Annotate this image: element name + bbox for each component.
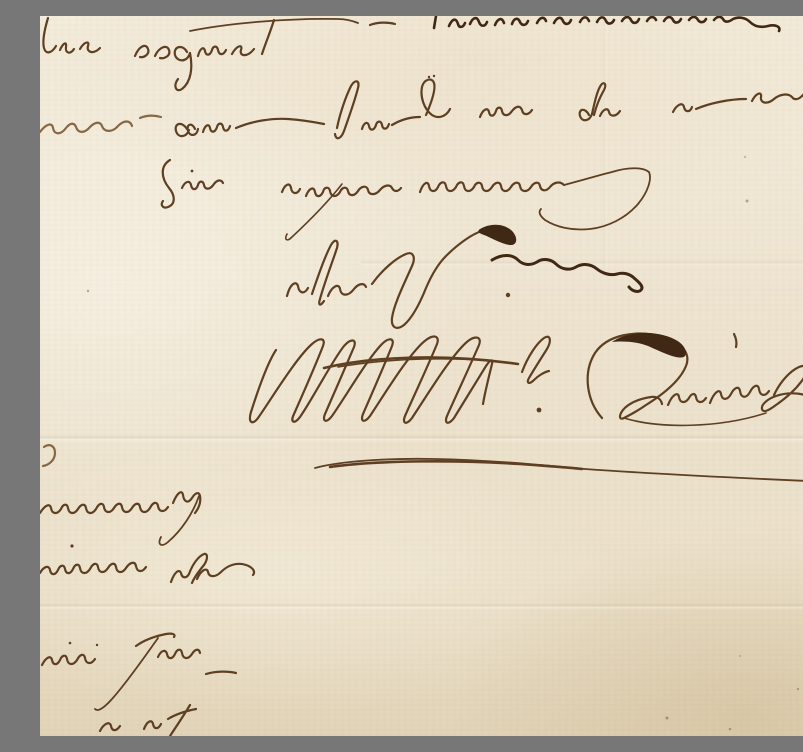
address-line-1: …auncey	[40, 445, 200, 547]
address-line-4: …it	[100, 705, 196, 736]
handwriting-layer: his request — … to be remem… his request…	[40, 16, 803, 736]
handwriting-line-4: obedt. —	[287, 225, 642, 328]
address-line-3: …ington —	[42, 634, 236, 710]
letter-scan: his request — … to be remem… his request…	[40, 16, 803, 736]
ink-speckles	[87, 105, 803, 730]
address-line-2: …ine de	[40, 554, 254, 583]
signature-underline-flourish: (flourished underline beneath signature)	[315, 459, 803, 482]
handwriting-line-3: Sir your very	[162, 160, 650, 240]
handwriting-line-2: … confirm'd an dear	[40, 75, 803, 138]
signature-nathl-prime: Nathl. Prime	[250, 333, 803, 425]
handwriting-line-1-right: his request — … to be remem…	[434, 16, 779, 31]
handwriting-line-1-left: his request — … to be remem…	[43, 18, 395, 90]
